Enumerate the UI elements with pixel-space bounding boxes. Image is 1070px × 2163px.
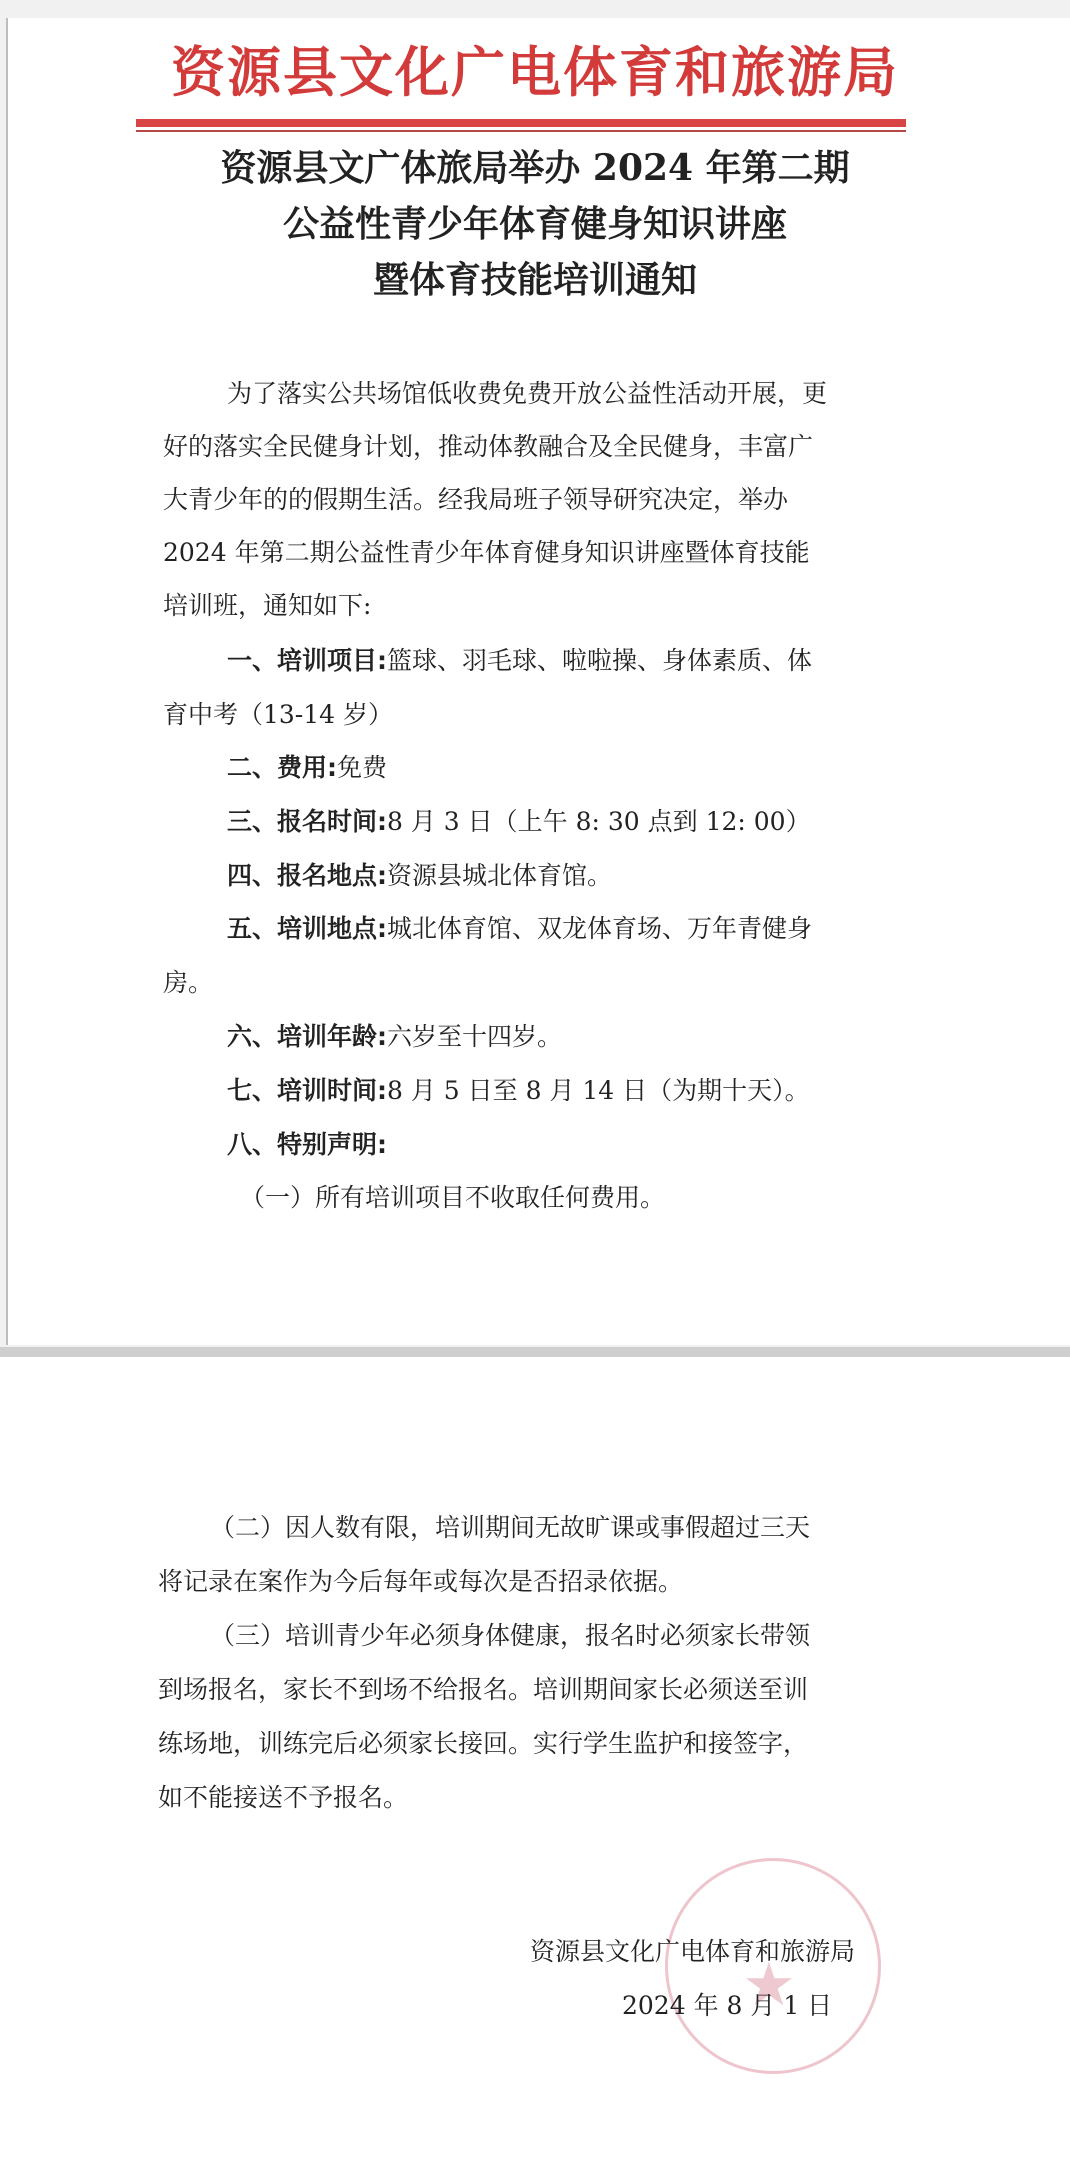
item-value: 城北体育馆、双龙体育场、万年青健身 (387, 914, 812, 943)
notice-item-training-time: 七、培训时间:8 月 5 日至 8 月 14 日（为期十天）。 (227, 1071, 810, 1107)
item-value: 资源县城北体育馆。 (387, 861, 612, 890)
notice-item-training-projects: 一、培训项目:篮球、羽毛球、啦啦操、身体素质、体 (227, 641, 812, 677)
item-label: 一、培训项目: (227, 646, 387, 675)
masthead-red-rule-thin (136, 130, 906, 132)
intro-line: 2024 年第二期公益性青少年体育健身知识讲座暨体育技能 (163, 533, 810, 569)
masthead-red-rule (136, 119, 906, 127)
item-value: 免费 (337, 753, 387, 782)
intro-line: 为了落实公共场馆低收费免费开放公益性活动开展，更 (227, 374, 827, 410)
title-line: 公益性青少年体育健身知识讲座 (0, 196, 1070, 252)
notice-item-fee: 二、费用:免费 (227, 748, 387, 784)
item-label: 三、报名时间: (227, 807, 387, 836)
notice-title: 资源县文广体旅局举办 2024 年第二期 公益性青少年体育健身知识讲座 暨体育技… (0, 140, 1070, 308)
intro-line: 好的落实全民健身计划，推动体教融合及全民健身，丰富广 (163, 427, 813, 463)
document-page-2 (0, 1357, 1070, 2163)
item-value: 六岁至十四岁。 (387, 1022, 562, 1051)
statement-3-line: 到场报名，家长不到场不给报名。培训期间家长必须送至训 (158, 1670, 808, 1706)
item-value: 篮球、羽毛球、啦啦操、身体素质、体 (387, 646, 812, 675)
signature-org: 资源县文化广电体育和旅游局 (530, 1932, 855, 1968)
title-line: 暨体育技能培训通知 (0, 252, 1070, 308)
statement-2-line: （二）因人数有限，培训期间无故旷课或事假超过三天 (210, 1508, 810, 1544)
item-continuation: 育中考（13-14 岁） (163, 695, 393, 731)
statement-3-line: 如不能接送不予报名。 (158, 1778, 408, 1814)
statement-3-line: （三）培训青少年必须身体健康，报名时必须家长带领 (210, 1616, 810, 1652)
masthead-org-name: 资源县文化广电体育和旅游局 (0, 30, 1070, 107)
item-continuation: 房。 (163, 963, 213, 999)
item-label: 二、费用: (227, 753, 337, 782)
item-label: 四、报名地点: (227, 861, 387, 890)
notice-item-registration-place: 四、报名地点:资源县城北体育馆。 (227, 856, 612, 892)
item-label: 七、培训时间: (227, 1076, 387, 1105)
notice-item-training-age: 六、培训年龄:六岁至十四岁。 (227, 1017, 562, 1053)
item-value: 8 月 3 日（上午 8: 30 点到 12: 00） (387, 807, 811, 836)
intro-line: 大青少年的的假期生活。经我局班子领导研究决定，举办 (163, 480, 788, 516)
item-label: 八、特别声明: (227, 1130, 387, 1159)
item-value: 8 月 5 日至 8 月 14 日（为期十天）。 (387, 1076, 810, 1105)
statement-1: （一）所有培训项目不收取任何费用。 (240, 1178, 665, 1214)
page-separator (0, 1347, 1070, 1357)
item-label: 六、培训年龄: (227, 1022, 387, 1051)
signature-date: 2024 年 8 月 1 日 (622, 1986, 832, 2022)
statement-3-line: 练场地，训练完后必须家长接回。实行学生监护和接签字， (158, 1724, 808, 1760)
item-label: 五、培训地点: (227, 914, 387, 943)
statement-2-line: 将记录在案作为今后每年或每次是否招录依据。 (158, 1562, 683, 1598)
title-line: 资源县文广体旅局举办 2024 年第二期 (0, 140, 1070, 196)
notice-item-training-place: 五、培训地点:城北体育馆、双龙体育场、万年青健身 (227, 909, 812, 945)
intro-line: 培训班，通知如下: (163, 586, 371, 622)
notice-item-special-statement: 八、特别声明: (227, 1125, 387, 1161)
notice-item-registration-time: 三、报名时间:8 月 3 日（上午 8: 30 点到 12: 00） (227, 802, 811, 838)
